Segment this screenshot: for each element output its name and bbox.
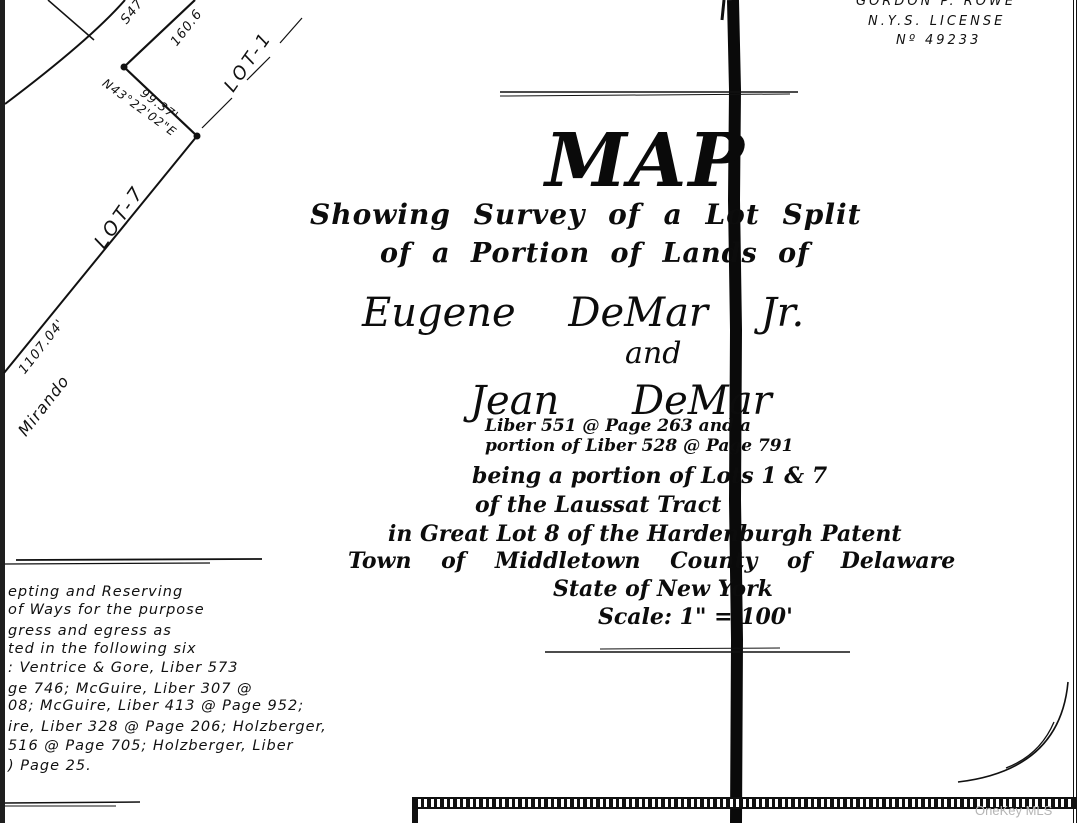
note-line: 08; McGuire, Liber 413 @ Page 952; (8, 698, 304, 714)
note-line: ge 746; McGuire, Liber 307 @ (8, 681, 253, 697)
title-line-1: Showing Survey of a Lot Split (310, 198, 862, 231)
note-line: of Ways for the purpose (8, 602, 205, 618)
owner-conjunction: and (625, 336, 681, 371)
state-name: State of New York (553, 576, 773, 602)
deed-reference-1: Liber 551 @ Page 263 and a (485, 416, 751, 436)
map-heading: MAP (545, 118, 746, 204)
great-lot-patent: in Great Lot 8 of the Hardenburgh Patent (388, 521, 902, 547)
note-line: epting and Reserving (8, 584, 183, 600)
license-number: Nº 49233 (896, 33, 981, 48)
title-line-2: of a Portion of Lands of (380, 238, 810, 269)
note-line: ire, Liber 328 @ Page 206; Holzberger, (8, 719, 327, 735)
watermark: OneKey MLS (975, 803, 1052, 818)
decorative-border-corner (412, 797, 418, 823)
note-line: gress and egress as (8, 623, 172, 639)
note-line: ted in the following six (8, 641, 197, 657)
note-line: 516 @ Page 705; Holzberger, Liber (8, 738, 294, 754)
license-label: N.Y.S. LICENSE (868, 14, 1005, 29)
lots-description: being a portion of Lots 1 & 7 (472, 463, 827, 489)
surveyor-name: GORDON P. ROWE (856, 0, 1016, 9)
note-line: ) Page 25. (8, 758, 92, 774)
town-county: Town of Middletown County of Delaware (348, 548, 955, 574)
note-line: : Ventrice & Gore, Liber 573 (8, 660, 238, 676)
deed-reference-2: portion of Liber 528 @ Page 791 (485, 436, 793, 456)
map-scale: Scale: 1" = 100' (598, 604, 793, 630)
owner-1: Eugene DeMar Jr. (362, 290, 804, 336)
tract-name: of the Laussat Tract (475, 492, 721, 518)
